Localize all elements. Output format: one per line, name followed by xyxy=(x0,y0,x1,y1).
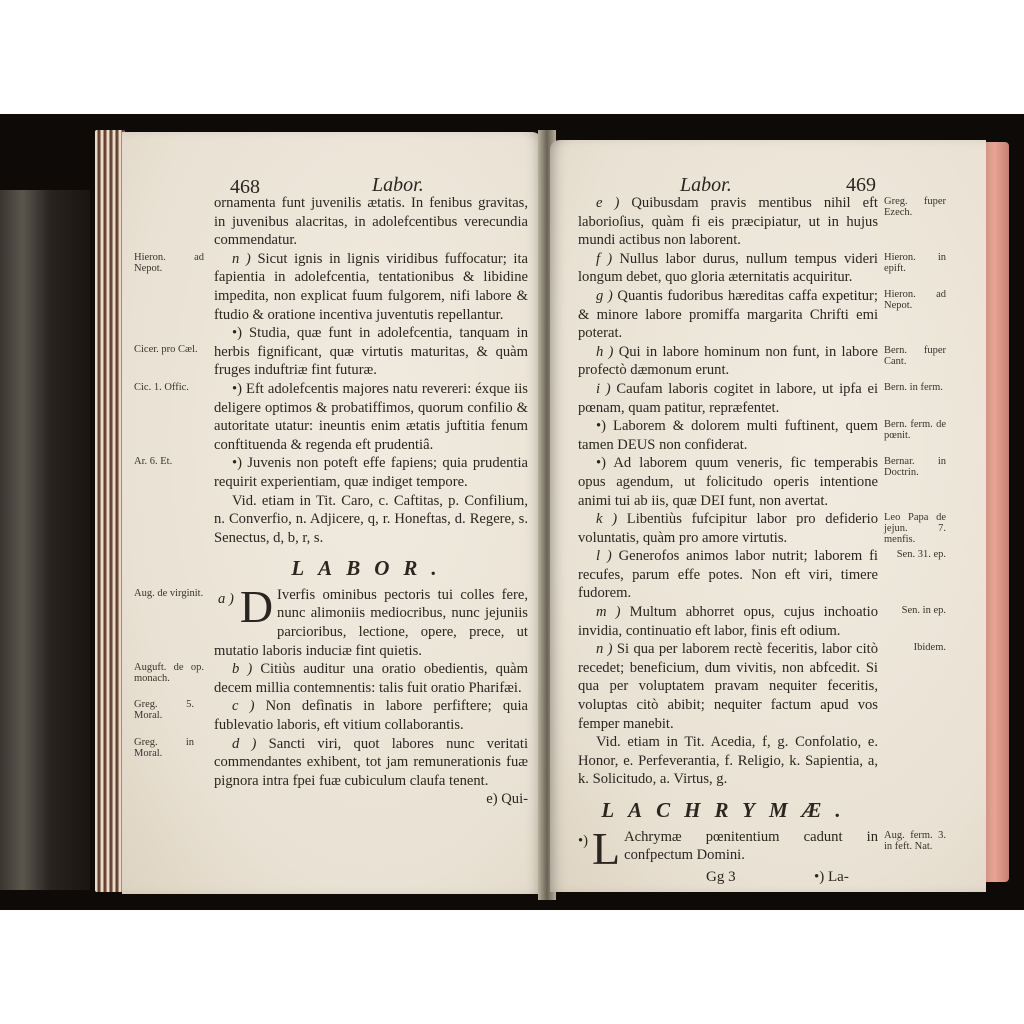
entry: Bern. in ferm. i ) Caufam laboris cogite… xyxy=(578,380,878,417)
entry-text: Quantis fudoribus hæreditas caffa expeti… xyxy=(578,288,878,341)
entry-mark: k ) xyxy=(596,511,617,527)
marginal-citation: Sen. 31. ep. xyxy=(897,549,946,560)
entry: Ar. 6. Et. •) Juvenis non poteft effe fa… xyxy=(214,454,528,491)
marginal-citation: Sen. in ep. xyxy=(902,605,946,616)
section-heading-lachrymae: LACHRYMÆ. xyxy=(578,801,878,820)
entry: Aug. ferm. 3. in feft. Nat. •)LAchrymæ p… xyxy=(578,828,878,865)
entry-mark: m ) xyxy=(596,604,621,620)
right-text-block: Greg. fuper Ezech. e ) Quibusdam pravis … xyxy=(578,194,878,888)
marginal-citation: Cic. 1. Offic. xyxy=(134,382,194,393)
entry-text: Eft adolefcentis majores natu revereri: … xyxy=(214,381,528,453)
marginal-citation: Leo Papa de jejun. 7. menfis. xyxy=(884,512,946,545)
marginal-citation: Greg. 5. Moral. xyxy=(134,699,194,721)
catchword: e) Qui- xyxy=(214,790,528,809)
marginal-citation: Cicer. pro Cæl. xyxy=(134,344,204,355)
entry-text: Achrymæ pœnitentium cadunt in confpectum… xyxy=(624,829,878,864)
right-page-edges xyxy=(985,142,1009,882)
entry: Hieron. ad Nepot. g ) Quantis fudoribus … xyxy=(578,287,878,343)
entry: Sen. in ep. m ) Multum abhorret opus, cu… xyxy=(578,603,878,640)
marginal-citation: Greg. fuper Ezech. xyxy=(884,196,946,218)
entry-text: Libentiùs fufcipitur labor pro defiderio… xyxy=(578,511,878,546)
entry-text: Laborem & dolorem multi fuftinent, quem … xyxy=(578,418,878,453)
entry-mark: g ) xyxy=(596,288,613,304)
marginal-citation: Bern. fuper Cant. xyxy=(884,345,946,367)
entry-text: Generofos animos labor nutrit; laborem f… xyxy=(578,548,878,601)
drop-cap: L xyxy=(592,830,620,868)
entry-text: Si qua per laborem rectè feceritis, labo… xyxy=(578,641,878,731)
entry: Hieron. ad Nepot. n ) Sicut ignis in lig… xyxy=(214,250,528,324)
entry: Bern. ferm. de pœnit. •) Laborem & dolor… xyxy=(578,417,878,454)
marginal-citation: Ibidem. xyxy=(914,642,946,653)
entry-mark: •) xyxy=(232,381,242,397)
entry-mark: n ) xyxy=(596,641,613,657)
entry-text: Caufam laboris cogitet in labore, ut ipf… xyxy=(578,381,878,416)
entry-text: Sicut ignis in lignis viridibus fuffocat… xyxy=(214,251,528,323)
marginal-citation: Bernar. in Doctrin. xyxy=(884,456,946,478)
book-spine xyxy=(0,190,90,890)
marginal-citation: Bern. ferm. de pœnit. xyxy=(884,419,946,441)
entry: Greg. 5. Moral. c ) Non defìnatis in lab… xyxy=(214,697,528,734)
section-heading-labor: LABOR. xyxy=(214,559,528,578)
entry: Cicer. pro Cæl. •) Studia, quæ funt in a… xyxy=(214,324,528,380)
entry-mark: c ) xyxy=(232,698,254,714)
entry: Leo Papa de jejun. 7. menfis. k ) Libent… xyxy=(578,510,878,547)
cross-reference: Vid. etiam in Tit. Caro, c. Caftitas, p.… xyxy=(214,492,528,548)
cross-reference: Vid. etiam in Tit. Acedia, f, g. Confola… xyxy=(578,733,878,789)
entry-mark: •) xyxy=(578,832,588,851)
entry: Bern. fuper Cant. h ) Qui in labore homi… xyxy=(578,343,878,380)
entry-mark: •) xyxy=(232,455,242,471)
entry-text: Nullus labor durus, nullum tempus videri… xyxy=(578,251,878,286)
entry-mark: a ) xyxy=(218,590,234,609)
entry-text: Qui in labore hominum non funt, in labor… xyxy=(578,344,878,379)
entry: Greg. in Moral. d ) Sancti viri, quot la… xyxy=(214,735,528,791)
marginal-citation: Hieron. ad Nepot. xyxy=(884,289,946,311)
entry: Cic. 1. Offic. •) Eft adolefcentis major… xyxy=(214,380,528,454)
opening-lines: ornamenta funt juvenilis ætatis. In feni… xyxy=(214,194,528,250)
marginal-citation: Hieron. ad Nepot. xyxy=(134,252,204,274)
entry-text: Non defìnatis in labore perfiftere; quia… xyxy=(214,698,528,733)
entry-text: Citiùs auditur una oratio obedientis, qu… xyxy=(214,661,528,696)
entry: Sen. 31. ep. l ) Generofos animos labor … xyxy=(578,547,878,603)
entry-mark: •) xyxy=(232,325,242,341)
signature-mark: Gg 3 xyxy=(706,868,736,887)
entry-mark: e ) xyxy=(596,195,619,211)
entry-text: Multum abhorret opus, cujus inchoatio in… xyxy=(578,604,878,639)
entry-text: Studia, quæ funt in adolefcentia, tanqua… xyxy=(214,325,528,378)
entry: Bernar. in Doctrin. •) Ad laborem quum v… xyxy=(578,454,878,510)
entry-mark: h ) xyxy=(596,344,613,360)
marginal-citation: Auguft. de op. monach. xyxy=(134,662,204,684)
catchword: •) La- xyxy=(814,868,849,887)
marginal-citation: Aug. ferm. 3. in feft. Nat. xyxy=(884,830,946,852)
drop-cap: D xyxy=(240,588,273,626)
marginal-citation: Hieron. in epift. xyxy=(884,252,946,274)
entry-mark: n ) xyxy=(232,251,251,267)
entry-mark: i ) xyxy=(596,381,611,397)
marginal-citation: Bern. in ferm. xyxy=(884,382,946,393)
page-footer: Gg 3 •) La- xyxy=(578,868,878,888)
marginal-citation: Greg. in Moral. xyxy=(134,737,194,759)
entry-text: Juvenis non poteft effe fapiens; quia pr… xyxy=(214,455,528,490)
entry-mark: d ) xyxy=(232,736,256,752)
entry-mark: •) xyxy=(596,455,606,471)
entry-text: Quibusdam pravis mentibus nihil eft labo… xyxy=(578,195,878,248)
entry-mark: b ) xyxy=(232,661,252,677)
entry: Hieron. in epift. f ) Nullus labor durus… xyxy=(578,250,878,287)
entry-mark: l ) xyxy=(596,548,612,564)
left-page: 468 Labor. ornamenta funt juvenilis ætat… xyxy=(122,132,542,894)
entry-text: Sancti viri, quot labores nunc veritati … xyxy=(214,736,528,789)
entry: Ibidem. n ) Si qua per laborem rectè fec… xyxy=(578,640,878,733)
entry: Greg. fuper Ezech. e ) Quibusdam pravis … xyxy=(578,194,878,250)
marginal-citation: Ar. 6. Et. xyxy=(134,456,172,467)
entry-mark: •) xyxy=(596,418,606,434)
right-page: Labor. 469 Greg. fuper Ezech. e ) Quibus… xyxy=(550,140,986,892)
entry-mark: f ) xyxy=(596,251,612,267)
left-page-edges xyxy=(95,130,125,892)
left-text-block: ornamenta funt juvenilis ætatis. In feni… xyxy=(214,194,528,809)
marginal-citation: Aug. de virginit. xyxy=(134,588,204,599)
entry: Auguft. de op. monach. b ) Citiùs auditu… xyxy=(214,660,528,697)
entry-text: Ad laborem quum veneris, fic temperabis … xyxy=(578,455,878,508)
entry: Aug. de virginit. a )DIverfis ominibus p… xyxy=(214,586,528,660)
